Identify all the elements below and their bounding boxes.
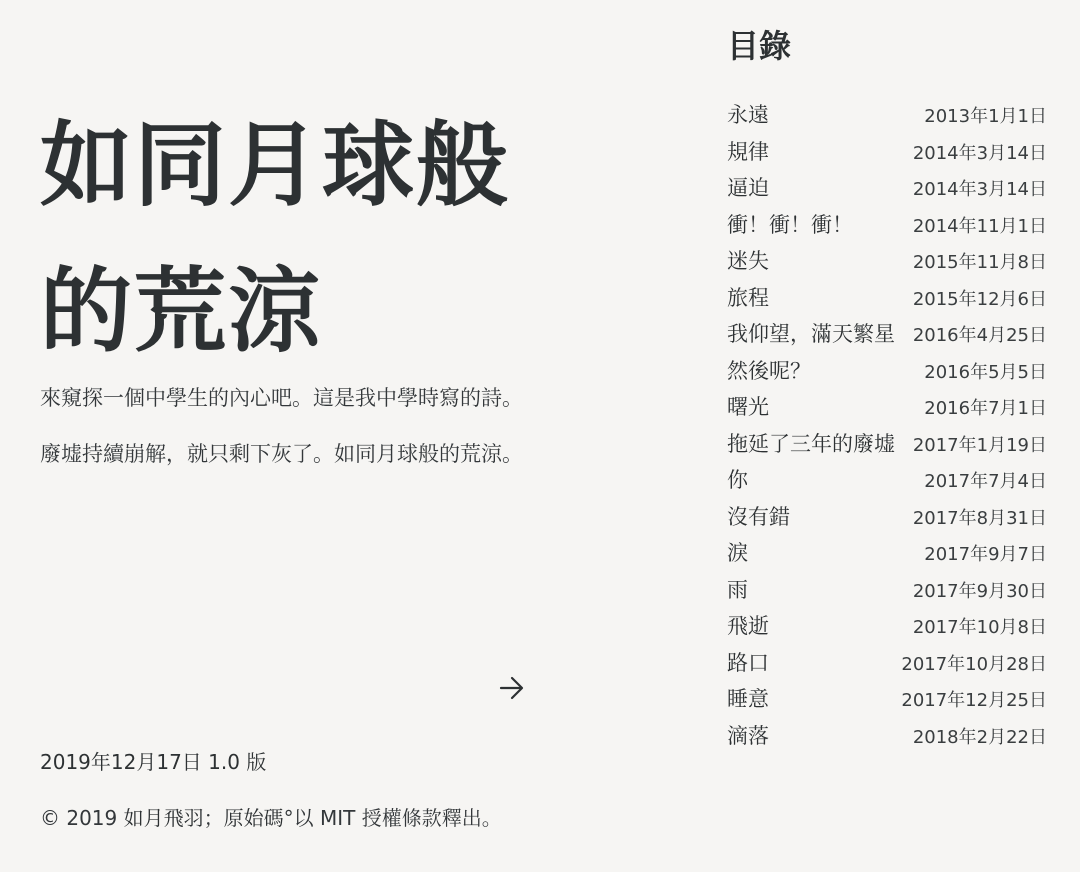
toc-item-date: 2017年12月25日 bbox=[901, 683, 1047, 719]
toc-item-name: 旅程 bbox=[727, 280, 769, 316]
toc-item[interactable]: 我仰望，滿天繁星2016年4月25日 bbox=[727, 316, 1047, 353]
toc-item[interactable]: 逼迫2014年3月14日 bbox=[727, 170, 1047, 207]
toc-item[interactable]: 雨2017年9月30日 bbox=[727, 572, 1047, 609]
toc-item[interactable]: 旅程2015年12月6日 bbox=[727, 280, 1047, 317]
external-link-marker: ° bbox=[284, 806, 294, 830]
toc-item-date: 2015年12月6日 bbox=[913, 282, 1047, 318]
page-title: 如同月球般的荒涼 bbox=[40, 92, 600, 384]
toc-item[interactable]: 然後呢？2016年5月5日 bbox=[727, 353, 1047, 390]
toc-item[interactable]: 滴落2018年2月22日 bbox=[727, 718, 1047, 755]
toc-item-date: 2018年2月22日 bbox=[913, 720, 1047, 756]
toc-item-date: 2016年4月25日 bbox=[913, 318, 1047, 354]
toc-item-date: 2014年3月14日 bbox=[913, 136, 1047, 172]
main-content: 如同月球般的荒涼 來窺探一個中學生的內心吧。這是我中學時寫的詩。 廢墟持續崩解，… bbox=[40, 0, 560, 872]
toc-item[interactable]: 路口2017年10月28日 bbox=[727, 645, 1047, 682]
toc-item[interactable]: 迷失2015年11月8日 bbox=[727, 243, 1047, 280]
toc-item-name: 規律 bbox=[727, 134, 769, 170]
toc-item-name: 沒有錯 bbox=[727, 499, 790, 535]
toc-item-name: 滴落 bbox=[727, 718, 769, 754]
toc-item-date: 2014年11月1日 bbox=[913, 209, 1047, 245]
toc-item[interactable]: 永遠2013年1月1日 bbox=[727, 97, 1047, 134]
toc-item-date: 2015年11月8日 bbox=[913, 245, 1047, 281]
copyright-prefix: © 2019 bbox=[40, 806, 124, 830]
toc-item[interactable]: 淚2017年9月7日 bbox=[727, 535, 1047, 572]
license-text: 以 MIT 授權條款釋出。 bbox=[294, 806, 502, 830]
toc-item-date: 2017年8月31日 bbox=[913, 501, 1047, 537]
toc-item[interactable]: 睡意2017年12月25日 bbox=[727, 681, 1047, 718]
toc-item[interactable]: 沒有錯2017年8月31日 bbox=[727, 499, 1047, 536]
arrow-right-icon bbox=[496, 672, 528, 704]
toc-item-name: 睡意 bbox=[727, 681, 769, 717]
description-line-2: 廢墟持續崩解，就只剩下灰了。如同月球般的荒涼。 bbox=[40, 440, 523, 468]
source-code-link[interactable]: 原始碼 bbox=[224, 806, 284, 830]
toc-item-date: 2017年10月8日 bbox=[913, 610, 1047, 646]
toc-item-name: 你 bbox=[727, 462, 748, 498]
toc-item[interactable]: 飛逝2017年10月8日 bbox=[727, 608, 1047, 645]
toc-item-name: 迷失 bbox=[727, 243, 769, 279]
toc-item-date: 2016年5月5日 bbox=[924, 355, 1047, 391]
toc-title: 目錄 bbox=[727, 24, 791, 68]
toc-item-date: 2014年3月14日 bbox=[913, 172, 1047, 208]
toc-item-name: 逼迫 bbox=[727, 170, 769, 206]
toc-item-date: 2017年10月28日 bbox=[901, 647, 1047, 683]
toc-item-date: 2017年9月7日 bbox=[924, 537, 1047, 573]
toc-item-name: 路口 bbox=[727, 645, 769, 681]
toc-item-name: 曙光 bbox=[727, 389, 769, 425]
toc-item-date: 2017年9月30日 bbox=[913, 574, 1047, 610]
author-link[interactable]: 如月飛羽 bbox=[124, 806, 204, 830]
version-info: 2019年12月17日 1.0 版 bbox=[40, 748, 266, 776]
toc-item-name: 拖延了三年的廢墟 bbox=[727, 426, 895, 462]
toc-item[interactable]: 你2017年7月4日 bbox=[727, 462, 1047, 499]
toc-list: 永遠2013年1月1日 規律2014年3月14日 逼迫2014年3月14日 衝！… bbox=[727, 97, 1047, 754]
toc-item-date: 2016年7月1日 bbox=[924, 391, 1047, 427]
page: 如同月球般的荒涼 來窺探一個中學生的內心吧。這是我中學時寫的詩。 廢墟持續崩解，… bbox=[0, 0, 1080, 872]
next-button[interactable] bbox=[496, 672, 528, 704]
toc-item-name: 飛逝 bbox=[727, 608, 769, 644]
copyright: © 2019 如月飛羽；原始碼°以 MIT 授權條款釋出。 bbox=[40, 804, 502, 832]
toc-item-name: 我仰望，滿天繁星 bbox=[727, 316, 895, 352]
toc-item-name: 衝！衝！衝！ bbox=[727, 207, 853, 243]
toc-item[interactable]: 曙光2016年7月1日 bbox=[727, 389, 1047, 426]
toc-item-date: 2013年1月1日 bbox=[924, 99, 1047, 135]
copyright-separator: ； bbox=[204, 806, 224, 830]
toc-item[interactable]: 規律2014年3月14日 bbox=[727, 134, 1047, 171]
toc-item[interactable]: 衝！衝！衝！2014年11月1日 bbox=[727, 207, 1047, 244]
toc-item-name: 永遠 bbox=[727, 97, 769, 133]
toc-item-name: 然後呢？ bbox=[727, 353, 811, 389]
toc-item[interactable]: 拖延了三年的廢墟2017年1月19日 bbox=[727, 426, 1047, 463]
toc-item-name: 淚 bbox=[727, 535, 748, 571]
description-line-1: 來窺探一個中學生的內心吧。這是我中學時寫的詩。 bbox=[40, 384, 523, 412]
toc-item-name: 雨 bbox=[727, 572, 748, 608]
toc-item-date: 2017年7月4日 bbox=[924, 464, 1047, 500]
toc-item-date: 2017年1月19日 bbox=[913, 428, 1047, 464]
